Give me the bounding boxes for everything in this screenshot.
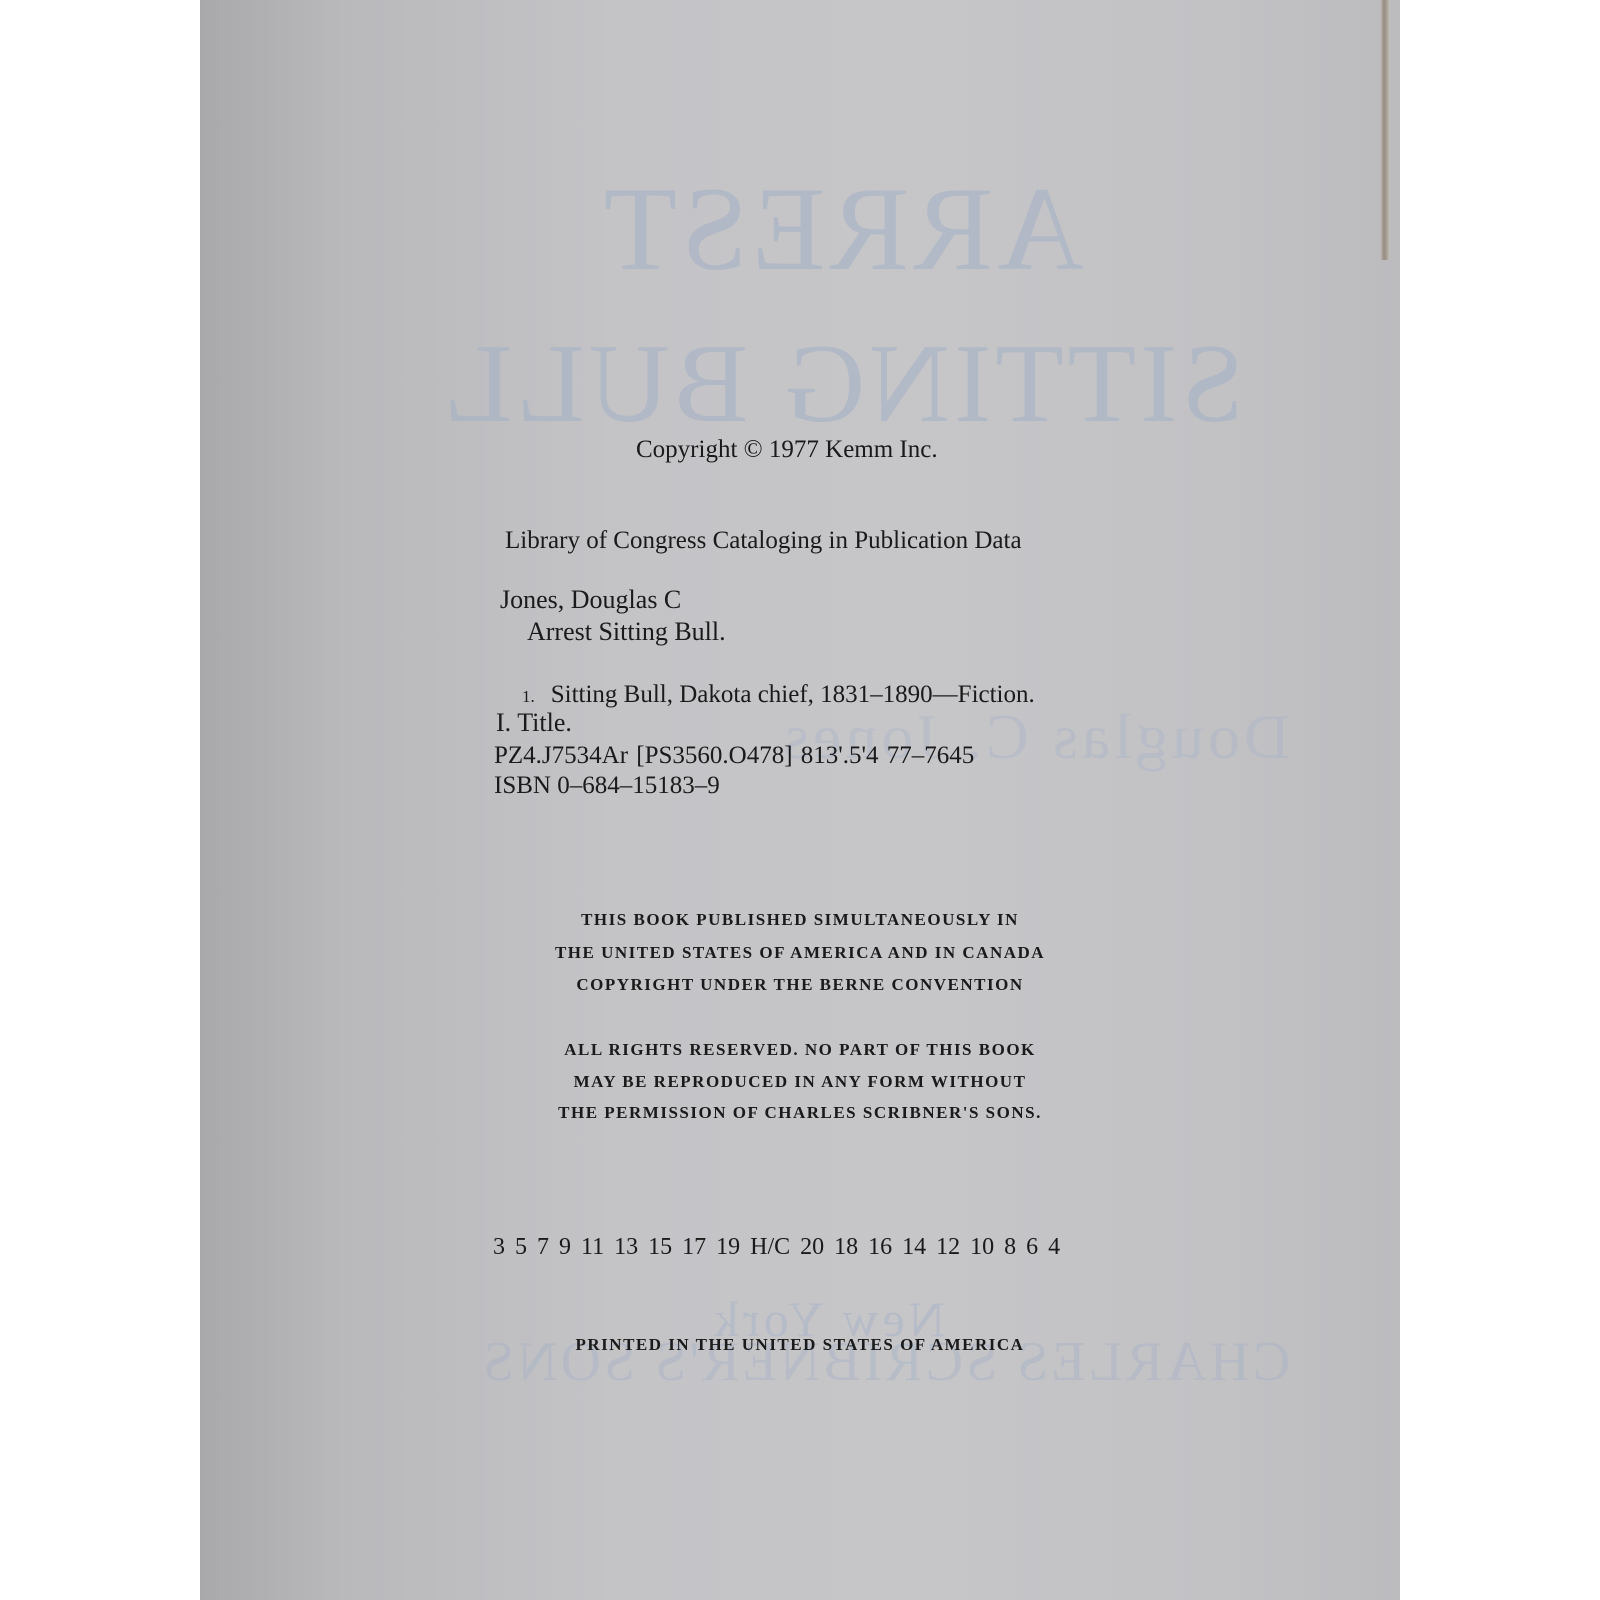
page-edge <box>1380 0 1390 260</box>
cip-subject-number: 1. <box>522 687 535 706</box>
isbn: ISBN 0–684–15183–9 <box>494 772 720 800</box>
cip-subject: 1.Sitting Bull, Dakota chief, 1831–1890—… <box>522 681 1035 709</box>
printed-in: PRINTED IN THE UNITED STATES OF AMERICA <box>500 1335 1100 1355</box>
cip-added-entry: I. Title. <box>496 708 572 738</box>
cip-author: Jones, Douglas C <box>500 585 681 615</box>
notice-line: THE UNITED STATES OF AMERICA AND IN CANA… <box>500 943 1100 963</box>
notice-line: COPYRIGHT UNDER THE BERNE CONVENTION <box>500 975 1100 995</box>
rights-line: ALL RIGHTS RESERVED. NO PART OF THIS BOO… <box>500 1040 1100 1060</box>
cip-subject-text: Sitting Bull, Dakota chief, 1831–1890—Fi… <box>551 681 1035 708</box>
cip-header: Library of Congress Cataloging in Public… <box>505 527 1022 555</box>
printer-key: 3 5 7 9 11 13 15 17 19 H/C 20 18 16 14 1… <box>493 1234 1060 1261</box>
cip-title: Arrest Sitting Bull. <box>527 617 726 647</box>
show-through-title-line1: ARREST <box>600 160 1084 298</box>
cip-classification: PZ4.J7534Ar [PS3560.O478] 813'.5'4 77–76… <box>494 742 974 770</box>
show-through-title-line2: SITTING BULL <box>440 320 1244 449</box>
rights-line: THE PERMISSION OF CHARLES SCRIBNER'S SON… <box>500 1103 1100 1123</box>
copyright-line: Copyright © 1977 Kemm Inc. <box>636 436 938 464</box>
rights-line: MAY BE REPRODUCED IN ANY FORM WITHOUT <box>500 1072 1100 1092</box>
notice-line: THIS BOOK PUBLISHED SIMULTANEOUSLY IN <box>500 910 1100 930</box>
